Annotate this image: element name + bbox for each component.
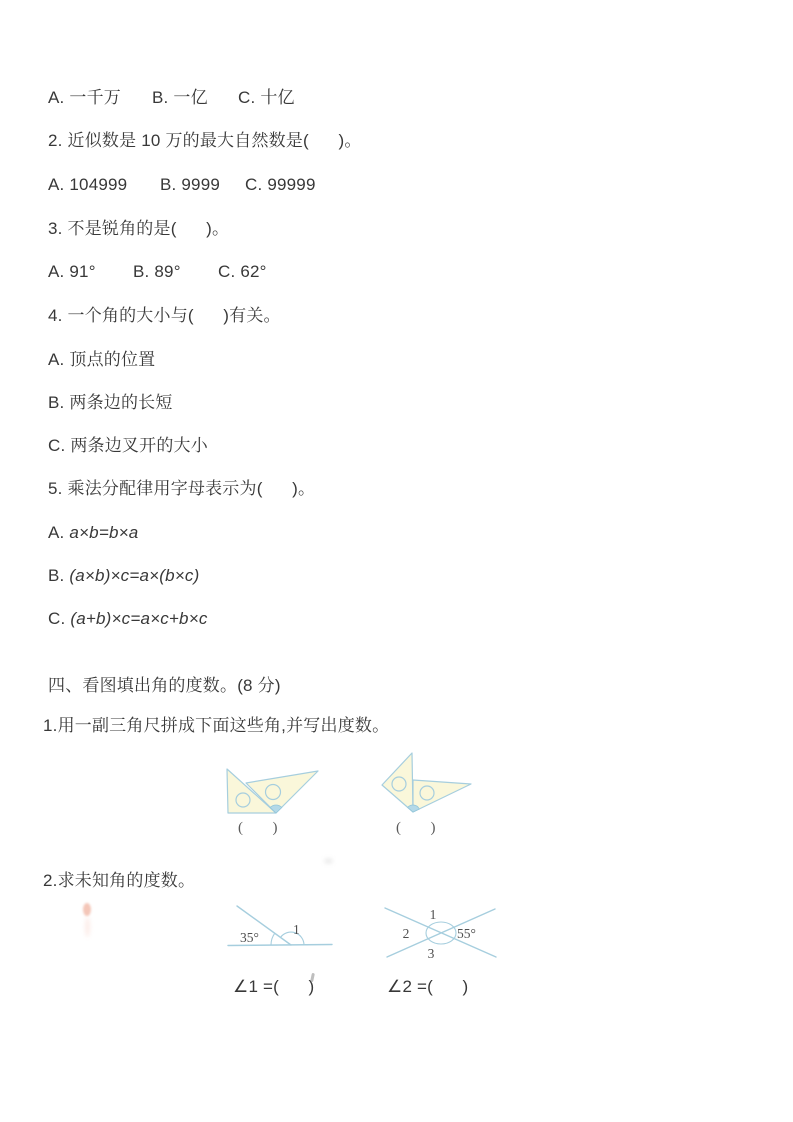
set-square-45-triangle xyxy=(382,753,413,812)
q2-text: 2. 近似数是 10 万的最大自然数是( )。 xyxy=(48,131,362,151)
q5-option-c-formula: (a+b)×c=a×c+b×c xyxy=(70,609,207,628)
set-square-figure-right xyxy=(375,748,487,822)
section4-title: 四、看图填出角的度数。(8 分) xyxy=(48,676,281,696)
angle-diagram-straight-line: 35° 1 xyxy=(222,898,338,958)
q1-option-c: C. 十亿 xyxy=(238,88,295,108)
q5-option-b: B. (a×b)×c=a×(b×c) xyxy=(48,566,200,586)
q3-option-a: A. 91° xyxy=(48,262,96,282)
q5-option-c-prefix: C. xyxy=(48,609,70,628)
q4-option-b: B. 两条边的长短 xyxy=(48,393,173,413)
section4-sub2-text: 2.求未知角的度数。 xyxy=(43,871,195,891)
q3-option-b: B. 89° xyxy=(133,262,181,282)
label-angle-1: 1 xyxy=(430,907,437,922)
q5-option-a: A. a×b=b×a xyxy=(48,523,138,543)
q5-option-b-prefix: B. xyxy=(48,566,69,585)
q5-option-a-prefix: A. xyxy=(48,523,69,542)
q5-text: 5. 乘法分配律用字母表示为( )。 xyxy=(48,479,315,499)
q3-text: 3. 不是锐角的是( )。 xyxy=(48,219,229,239)
scan-speck xyxy=(324,858,333,864)
arc-35-degrees xyxy=(271,933,275,945)
q4-option-c: C. 两条边叉开的大小 xyxy=(48,436,208,456)
section4-sub1-text: 1.用一副三角尺拼成下面这些角,并写出度数。 xyxy=(43,716,389,736)
figure-left-answer-blank: ( ) xyxy=(238,820,279,837)
label-angle-1: 1 xyxy=(293,922,300,937)
label-angle-2: 2 xyxy=(403,926,410,941)
scan-smudge xyxy=(85,917,90,937)
q5-option-a-formula: a×b=b×a xyxy=(69,523,138,542)
label-55-degrees: 55° xyxy=(457,926,476,941)
q2-option-b: B. 9999 xyxy=(160,175,220,195)
figure-right-answer-blank: ( ) xyxy=(396,820,437,837)
q2-option-a: A. 104999 xyxy=(48,175,127,195)
q4-option-a: A. 顶点的位置 xyxy=(48,350,155,370)
set-square-30-60-triangle xyxy=(413,780,471,812)
angle-diagram-crossing-lines: 1 2 3 55° xyxy=(380,898,504,964)
answer-angle-2: ∠2 =( ) xyxy=(387,977,468,997)
answer-angle-1: ∠1 =( ) xyxy=(233,977,314,997)
q2-option-c: C. 99999 xyxy=(245,175,316,195)
q1-option-a: A. 一千万 xyxy=(48,88,121,108)
q3-option-c: C. 62° xyxy=(218,262,267,282)
scan-smudge xyxy=(83,903,91,916)
q5-option-c: C. (a+b)×c=a×c+b×c xyxy=(48,609,208,629)
exam-page: A. 一千万 B. 一亿 C. 十亿 2. 近似数是 10 万的最大自然数是( … xyxy=(0,0,793,1122)
q5-option-b-formula: (a×b)×c=a×(b×c) xyxy=(69,566,199,585)
label-35-degrees: 35° xyxy=(240,930,259,945)
set-square-figure-left xyxy=(215,752,350,827)
q1-option-b: B. 一亿 xyxy=(152,88,208,108)
q4-text: 4. 一个角的大小与( )有关。 xyxy=(48,306,281,326)
label-angle-3: 3 xyxy=(428,946,435,961)
